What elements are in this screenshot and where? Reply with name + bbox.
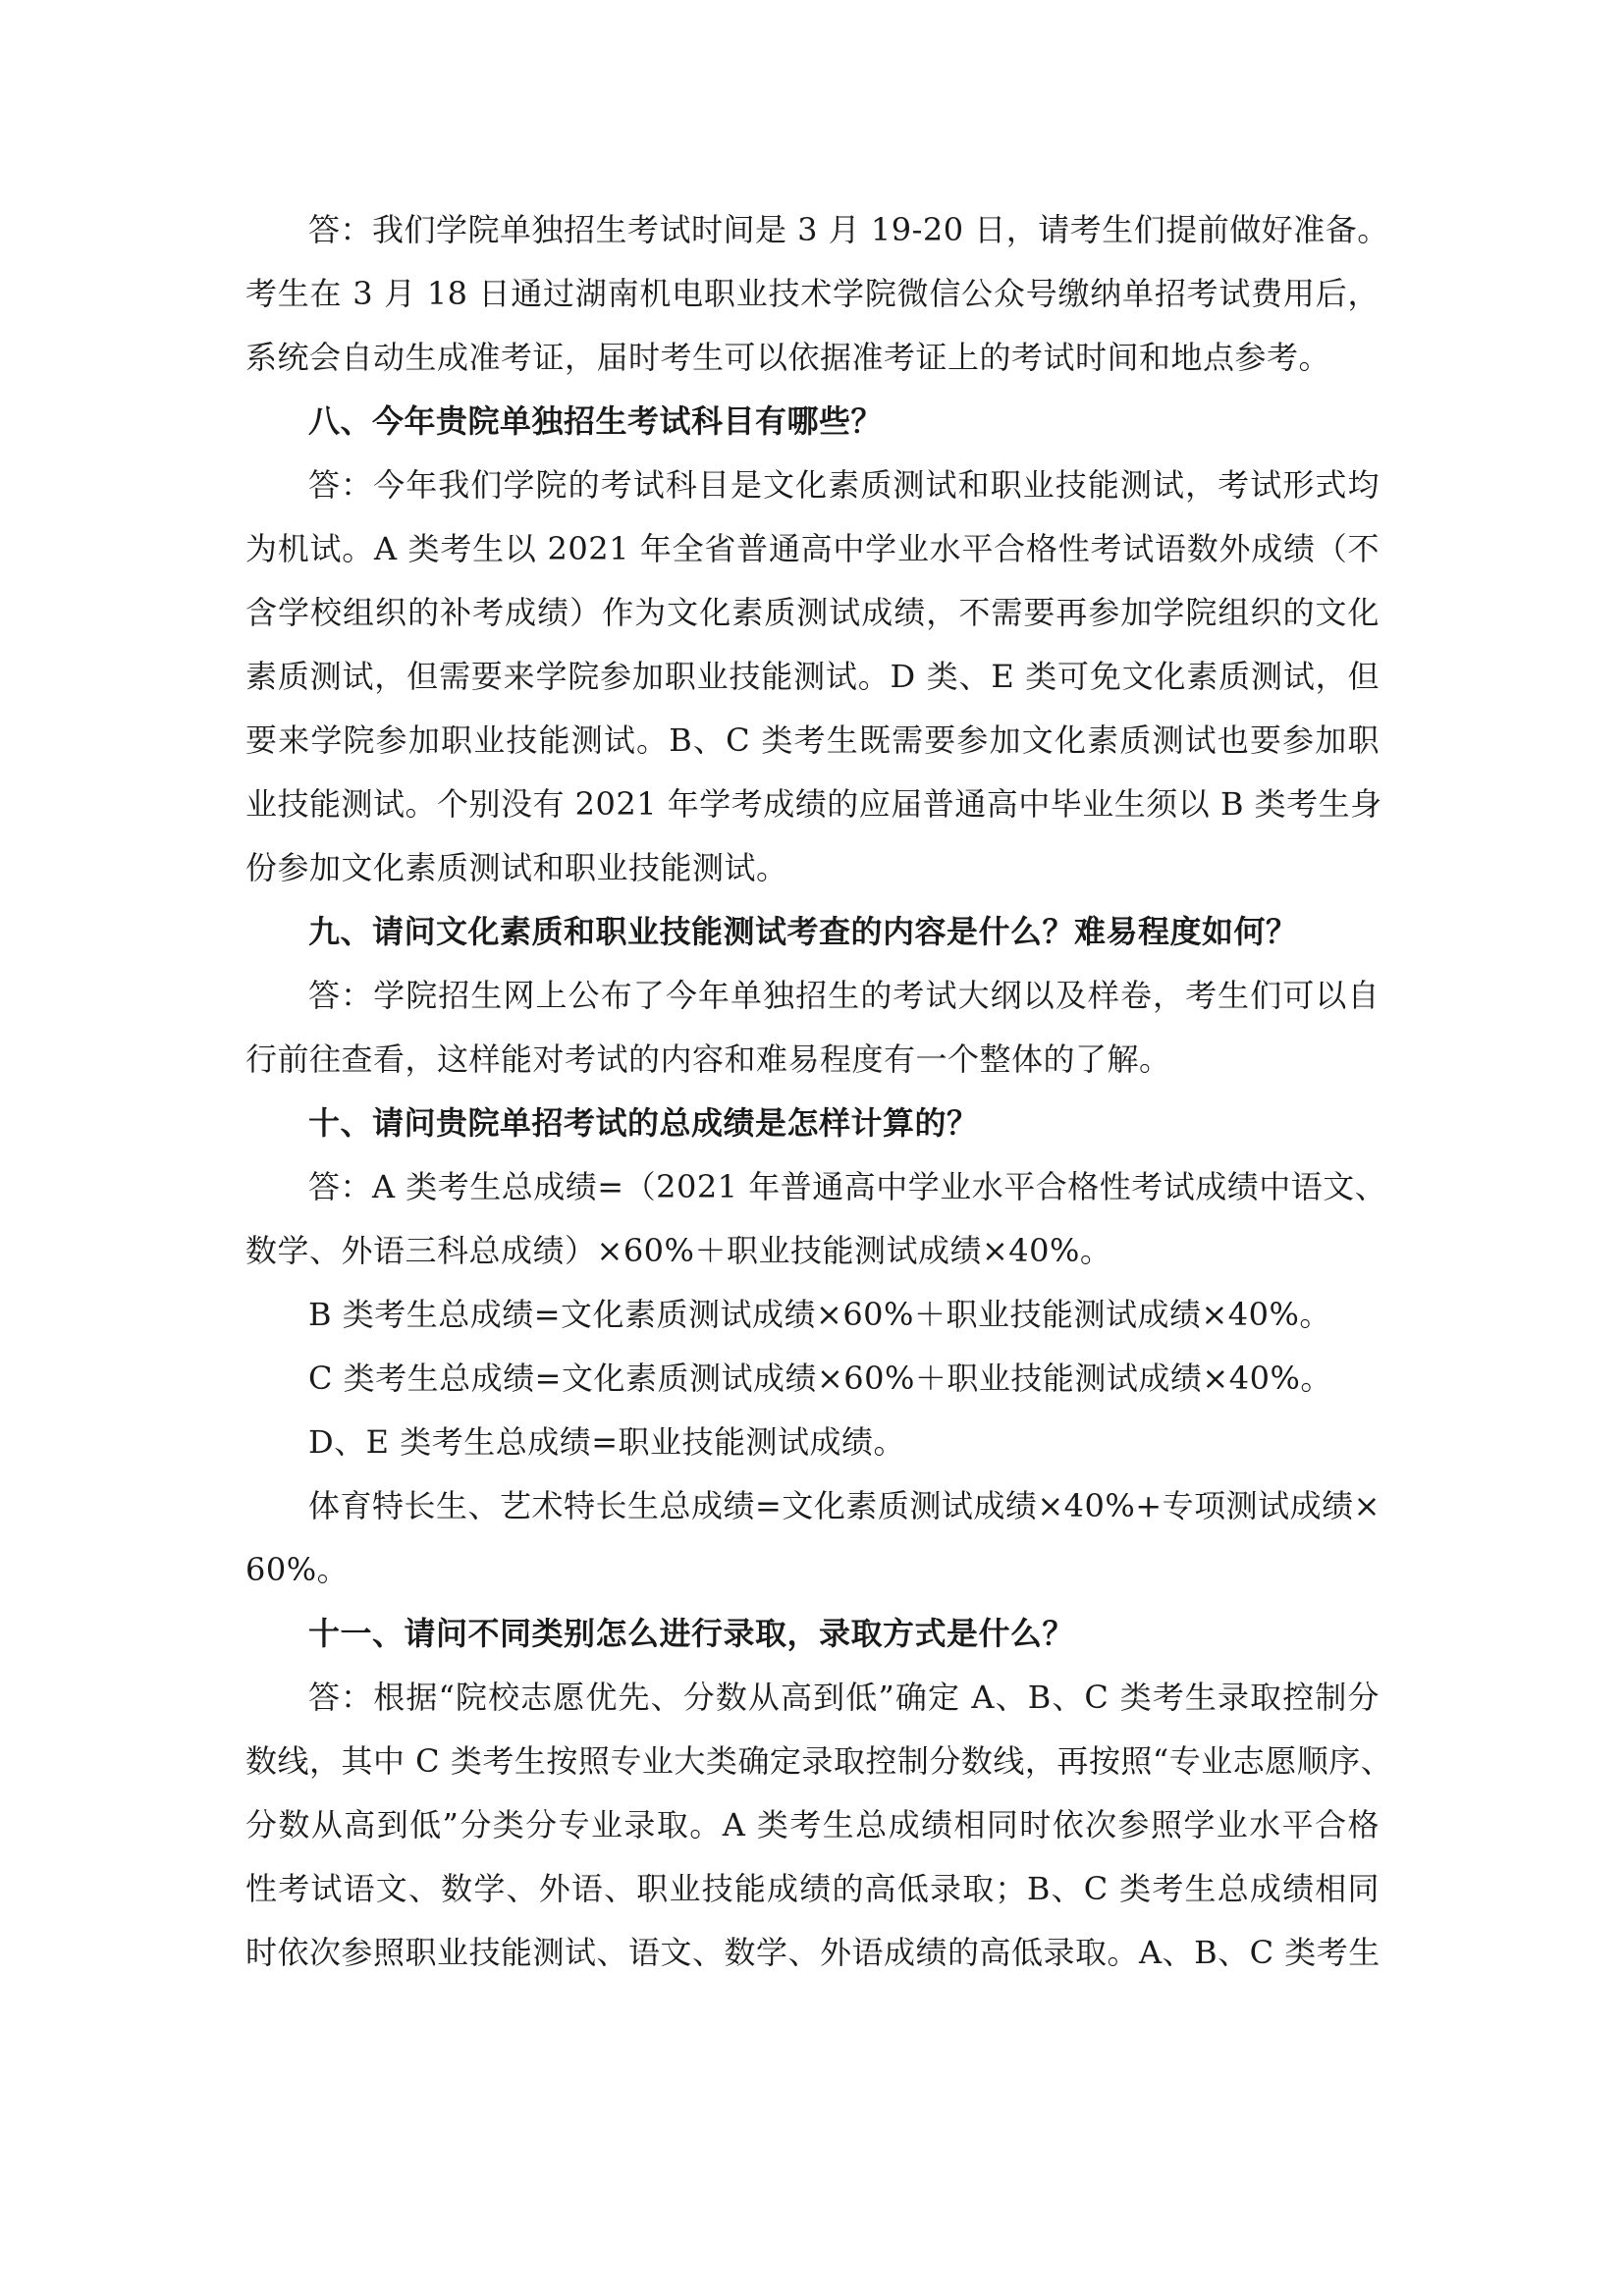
text-line: 份参加文化素质测试和职业技能测试。 [245, 836, 1380, 900]
text-line: B 类考生总成绩=文化素质测试成绩×60%＋职业技能测试成绩×40%。 [245, 1283, 1380, 1347]
text-line: C 类考生总成绩=文化素质测试成绩×60%＋职业技能测试成绩×40%。 [245, 1347, 1380, 1411]
text-line: 60%。 [245, 1538, 1380, 1602]
text-line: 时依次参照职业技能测试、语文、数学、外语成绩的高低录取。A、B、C 类考生 [245, 1921, 1380, 1985]
question-heading-line: 十、请问贵院单招考试的总成绩是怎样计算的？ [245, 1092, 1380, 1155]
text-line: 分数从高到低”分类分专业录取。A 类考生总成绩相同时依次参照学业水平合格 [245, 1793, 1380, 1857]
text-line: 要来学院参加职业技能测试。B、C 类考生既需要参加文化素质测试也要参加职 [245, 709, 1380, 773]
text-line: 体育特长生、艺术特长生总成绩=文化素质测试成绩×40%+专项测试成绩× [245, 1474, 1380, 1538]
question-heading-line: 九、请问文化素质和职业技能测试考查的内容是什么？难易程度如何？ [245, 900, 1380, 964]
text-line: 素质测试，但需要来学院参加职业技能测试。D 类、E 类可免文化素质测试，但 [245, 645, 1380, 709]
text-line: D、E 类考生总成绩=职业技能测试成绩。 [245, 1411, 1380, 1474]
page-content: 答：我们学院单独招生考试时间是 3 月 19-20 日，请考生们提前做好准备。考… [245, 198, 1380, 1985]
document-page: 答：我们学院单独招生考试时间是 3 月 19-20 日，请考生们提前做好准备。考… [0, 0, 1624, 2296]
text-line: 答：学院招生网上公布了今年单独招生的考试大纲以及样卷，考生们可以自 [245, 964, 1380, 1028]
text-line: 考生在 3 月 18 日通过湖南机电职业技术学院微信公众号缴纳单招考试费用后， [245, 262, 1380, 326]
text-line: 行前往查看，这样能对考试的内容和难易程度有一个整体的了解。 [245, 1028, 1380, 1092]
text-line: 答：根据“院校志愿优先、分数从高到低”确定 A、B、C 类考生录取控制分 [245, 1666, 1380, 1730]
text-line: 答：今年我们学院的考试科目是文化素质测试和职业技能测试，考试形式均 [245, 454, 1380, 517]
text-line: 答：A 类考生总成绩=（2021 年普通高中学业水平合格性考试成绩中语文、 [245, 1155, 1380, 1219]
text-line: 系统会自动生成准考证，届时考生可以依据准考证上的考试时间和地点参考。 [245, 326, 1380, 390]
text-line: 答：我们学院单独招生考试时间是 3 月 19-20 日，请考生们提前做好准备。 [245, 198, 1380, 262]
text-line: 数学、外语三科总成绩）×60%＋职业技能测试成绩×40%。 [245, 1219, 1380, 1283]
text-line: 含学校组织的补考成绩）作为文化素质测试成绩，不需要再参加学院组织的文化 [245, 581, 1380, 645]
text-line: 为机试。A 类考生以 2021 年全省普通高中学业水平合格性考试语数外成绩（不 [245, 517, 1380, 581]
text-line: 数线，其中 C 类考生按照专业大类确定录取控制分数线，再按照“专业志愿顺序、 [245, 1730, 1380, 1793]
text-line: 性考试语文、数学、外语、职业技能成绩的高低录取；B、C 类考生总成绩相同 [245, 1857, 1380, 1921]
question-heading-line: 十一、请问不同类别怎么进行录取，录取方式是什么？ [245, 1602, 1380, 1666]
text-line: 业技能测试。个别没有 2021 年学考成绩的应届普通高中毕业生须以 B 类考生身 [245, 773, 1380, 836]
question-heading-line: 八、今年贵院单独招生考试科目有哪些？ [245, 390, 1380, 454]
